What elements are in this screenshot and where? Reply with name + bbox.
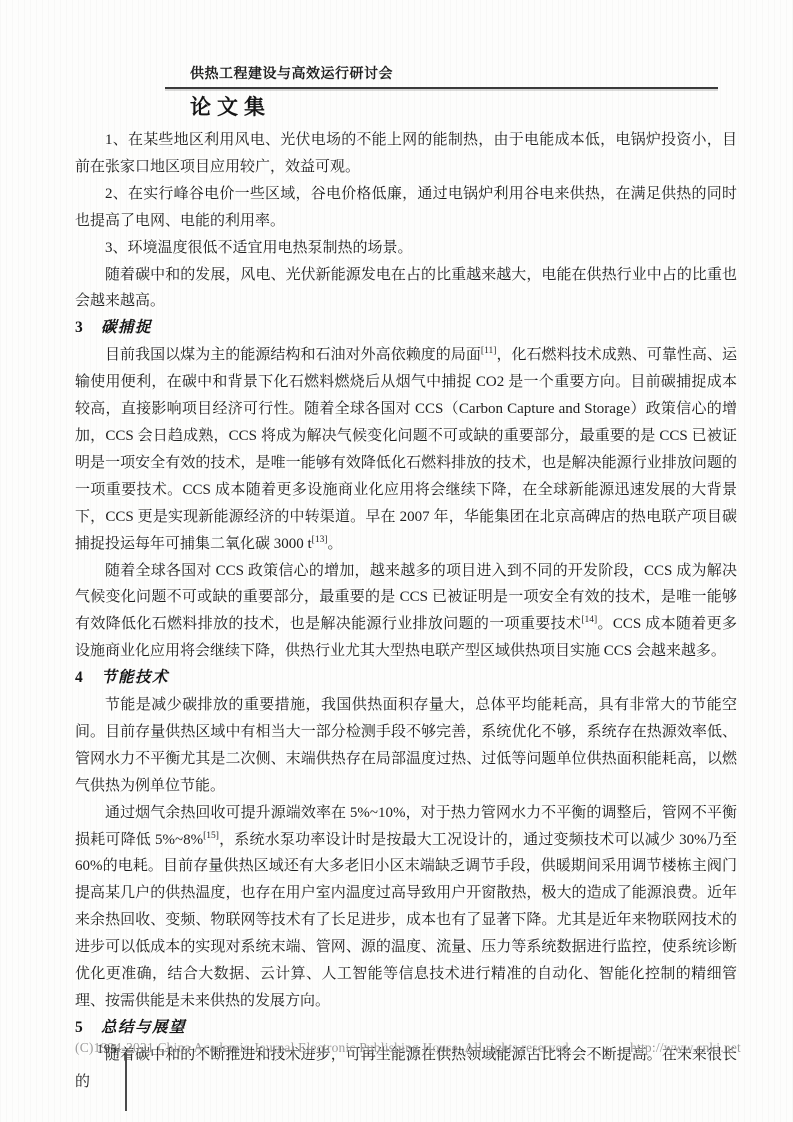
section-number: 5 xyxy=(75,1015,101,1042)
energy-saving-paragraph-2: 通过烟气余热回收可提升源端效率在 5%~10%，对于热力管网水力不平衡的调整后，… xyxy=(75,800,737,1015)
page-content: 供热工程建设与高效运行研讨会 论文集 1、在某些地区利用风电、光伏电场的不能上网… xyxy=(75,66,737,1096)
paragraph-text: 目前我国以煤为主的能源结构和石油对外高依赖度的局面 xyxy=(105,347,481,363)
paragraph-text: ，系统水泵功率设计时是按最大工况设计的，通过变频技术可以减少 30%乃至 60%… xyxy=(75,832,737,1009)
section-heading-summary: 5总结与展望 xyxy=(75,1015,737,1042)
cnki-url: http://www.cnki.net xyxy=(630,1040,741,1056)
page-number: 195 xyxy=(97,1042,117,1057)
paper-body: 1、在某些地区利用风电、光伏电场的不能上网的能制热，由于电能成本低，电锅炉投资小… xyxy=(75,127,737,1096)
scanned-paper-page: 供热工程建设与高效运行研讨会 论文集 1、在某些地区利用风电、光伏电场的不能上网… xyxy=(0,0,793,1122)
section-number: 3 xyxy=(75,315,101,342)
page-header: 供热工程建设与高效运行研讨会 论文集 xyxy=(75,66,737,120)
citation-ref-14: [14] xyxy=(581,615,597,625)
section-title: 总结与展望 xyxy=(101,1019,186,1036)
conference-title: 供热工程建设与高效运行研讨会 xyxy=(190,66,737,84)
copyright-text: (C)1994-2021 China Academic Journal Elec… xyxy=(75,1040,572,1056)
carbon-capture-paragraph-1: 目前我国以煤为主的能源结构和石油对外高依赖度的局面[11]，化石燃料技术成熟、可… xyxy=(75,342,737,557)
intro-paragraph-4: 随着碳中和的发展，风电、光伏新能源发电在占的比重越来越大，电能在供热行业中占的比… xyxy=(75,262,737,316)
section-title: 碳捕捉 xyxy=(101,319,152,336)
energy-saving-paragraph-1: 节能是减少碳排放的重要措施，我国供热面积存量大，总体平均能耗高，具有非常大的节能… xyxy=(75,692,737,800)
scan-fold-line xyxy=(125,1053,127,1111)
proceedings-title: 论文集 xyxy=(190,94,737,120)
header-rule xyxy=(165,87,718,89)
section-heading-energy-saving: 4节能技术 xyxy=(75,665,737,692)
cnki-copyright-row: (C)1994-2021 China Academic Journal Elec… xyxy=(75,1040,741,1056)
citation-ref-13: [13] xyxy=(312,535,328,545)
citation-ref-11: [11] xyxy=(481,346,496,356)
section-number: 4 xyxy=(75,665,101,692)
intro-paragraph-2: 2、在实行峰谷电价一些区域，谷电价格低廉，通过电锅炉利用谷电来供热，在满足供热的… xyxy=(75,181,737,235)
paragraph-text: 。 xyxy=(328,536,343,552)
intro-paragraph-3: 3、环境温度很低不适宜用电热泵制热的场景。 xyxy=(75,235,737,262)
carbon-capture-paragraph-2: 随着全球各国对 CCS 政策信心的增加，越来越多的项目进入到不同的开发阶段，CC… xyxy=(75,558,737,666)
citation-ref-15: [15] xyxy=(203,831,219,841)
section-title: 节能技术 xyxy=(101,669,169,686)
paragraph-text: ，化石燃料技术成熟、可靠性高、运输使用便利，在碳中和背景下化石燃料燃烧后从烟气中… xyxy=(75,347,737,551)
intro-paragraph-1: 1、在某些地区利用风电、光伏电场的不能上网的能制热，由于电能成本低，电锅炉投资小… xyxy=(75,127,737,181)
section-heading-carbon-capture: 3碳捕捉 xyxy=(75,315,737,342)
